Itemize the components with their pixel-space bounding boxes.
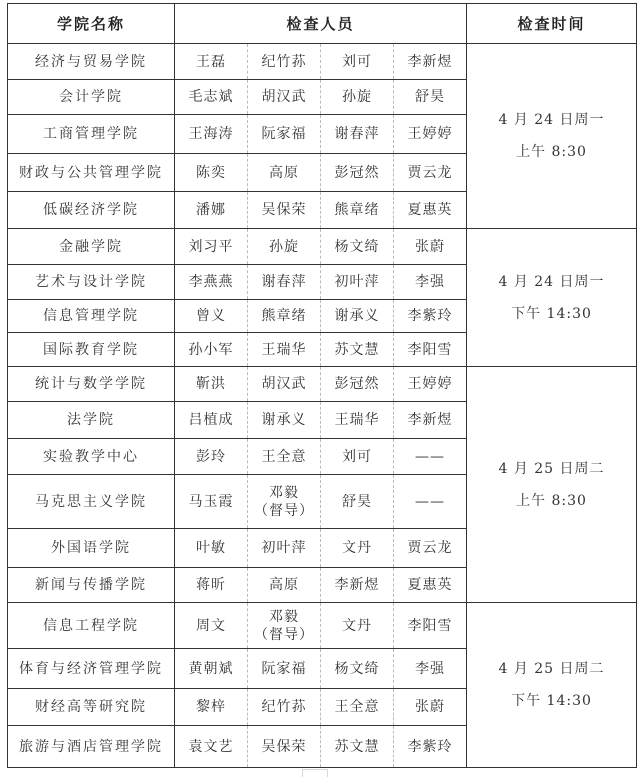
inspector: 初叶萍 [248,529,321,568]
time-date: 4 月 25 日周二 [467,453,636,485]
inspector: 舒昊 [394,80,467,115]
inspection-time: 4 月 25 日周二 下午 14:30 [467,603,637,768]
inspector: 李紫玲 [394,300,467,333]
inspection-schedule-table: 学院名称 检查人员 检查时间 经济与贸易学院 王磊 纪竹荪 刘可 李新煜 4 月… [7,3,637,768]
inspector: 彭冠然 [321,367,394,402]
inspector: 李强 [394,649,467,689]
inspector: 贾云龙 [394,529,467,568]
inspector: 苏文慧 [321,333,394,367]
inspector: 潘娜 [175,192,248,229]
inspector: 叶敏 [175,529,248,568]
table-row: 金融学院 刘习平 孙旋 杨文绮 张蔚 4 月 24 日周一 下午 14:30 [8,229,637,265]
college-name: 国际教育学院 [8,333,175,367]
time-hour: 下午 14:30 [467,685,636,717]
inspector: 贾云龙 [394,154,467,192]
supervisor-note: （督导） [248,626,320,644]
inspector: 李强 [394,265,467,300]
inspector: 张蔚 [394,689,467,726]
inspector: 王婷婷 [394,115,467,154]
inspector: 纪竹荪 [248,44,321,80]
inspector: 纪竹荪 [248,689,321,726]
inspector: 苏文慧 [321,726,394,768]
college-name: 旅游与酒店管理学院 [8,726,175,768]
inspector: 初叶萍 [321,265,394,300]
college-name: 体育与经济管理学院 [8,649,175,689]
inspector: 王全意 [321,689,394,726]
college-name: 会计学院 [8,80,175,115]
inspector: 胡汉武 [248,367,321,402]
inspector: 王婷婷 [394,367,467,402]
college-name: 工商管理学院 [8,115,175,154]
college-name: 艺术与设计学院 [8,265,175,300]
inspection-time: 4 月 25 日周二 上午 8:30 [467,367,637,603]
table-row: 经济与贸易学院 王磊 纪竹荪 刘可 李新煜 4 月 24 日周一 上午 8:30 [8,44,637,80]
college-name: 信息工程学院 [8,603,175,649]
college-name: 财政与公共管理学院 [8,154,175,192]
inspector: —— [394,475,467,529]
inspector: 靳洪 [175,367,248,402]
inspector: 高原 [248,154,321,192]
inspector-with-note: 邓毅 （督导） [248,475,321,529]
header-inspectors: 检查人员 [175,4,467,44]
inspector: 黎梓 [175,689,248,726]
inspector: 周文 [175,603,248,649]
inspector: 王瑞华 [321,402,394,439]
college-name: 马克思主义学院 [8,475,175,529]
inspector: 刘可 [321,439,394,475]
inspector-with-note: 邓毅 （督导） [248,603,321,649]
inspector: 李阳雪 [394,603,467,649]
inspector: 谢春萍 [321,115,394,154]
inspection-time: 4 月 24 日周一 上午 8:30 [467,44,637,229]
table-row: 信息工程学院 周文 邓毅 （督导） 文丹 李阳雪 4 月 25 日周二 下午 1… [8,603,637,649]
inspector: 阮家福 [248,649,321,689]
inspector: 孙旋 [321,80,394,115]
inspector: 陈奕 [175,154,248,192]
inspector: 李新煜 [394,402,467,439]
inspector: 舒昊 [321,475,394,529]
inspector: 毛志斌 [175,80,248,115]
header-time: 检查时间 [467,4,637,44]
inspector: 熊章绪 [248,300,321,333]
inspector: —— [394,439,467,475]
time-hour: 上午 8:30 [467,136,636,168]
inspector: 阮家福 [248,115,321,154]
inspector: 胡汉武 [248,80,321,115]
inspector: 李新煜 [394,44,467,80]
inspector: 高原 [248,568,321,603]
inspector: 蒋昕 [175,568,248,603]
college-name: 外国语学院 [8,529,175,568]
college-name: 法学院 [8,402,175,439]
inspector: 王全意 [248,439,321,475]
inspector: 吕植成 [175,402,248,439]
inspector: 袁文艺 [175,726,248,768]
time-hour: 下午 14:30 [467,298,636,330]
inspector: 谢春萍 [248,265,321,300]
inspector-name: 邓毅 [248,484,320,502]
table-row: 统计与数学学院 靳洪 胡汉武 彭冠然 王婷婷 4 月 25 日周二 上午 8:3… [8,367,637,402]
inspector: 李阳雪 [394,333,467,367]
time-date: 4 月 24 日周一 [467,104,636,136]
college-name: 低碳经济学院 [8,192,175,229]
time-hour: 上午 8:30 [467,485,636,517]
inspector: 杨文绮 [321,229,394,265]
inspector: 吴保荣 [248,726,321,768]
inspector: 夏惠英 [394,192,467,229]
inspector: 李新煜 [321,568,394,603]
college-name: 新闻与传播学院 [8,568,175,603]
inspector: 曾义 [175,300,248,333]
time-date: 4 月 24 日周一 [467,266,636,298]
inspector: 李燕燕 [175,265,248,300]
inspector: 孙旋 [248,229,321,265]
inspector: 刘可 [321,44,394,80]
college-name: 经济与贸易学院 [8,44,175,80]
supervisor-note: （督导） [248,502,320,520]
inspector: 王海涛 [175,115,248,154]
inspector: 刘习平 [175,229,248,265]
header-row: 学院名称 检查人员 检查时间 [8,4,637,44]
inspector: 吴保荣 [248,192,321,229]
time-date: 4 月 25 日周二 [467,653,636,685]
inspector: 李紫玲 [394,726,467,768]
inspector: 彭玲 [175,439,248,475]
inspector-name: 邓毅 [248,608,320,626]
inspection-time: 4 月 24 日周一 下午 14:30 [467,229,637,367]
inspector: 黄朝斌 [175,649,248,689]
inspector: 杨文绮 [321,649,394,689]
inspector: 彭冠然 [321,154,394,192]
inspector: 谢承义 [248,402,321,439]
college-name: 财经高等研究院 [8,689,175,726]
page-edge-marker [302,769,328,777]
college-name: 实验教学中心 [8,439,175,475]
inspector: 王瑞华 [248,333,321,367]
inspector: 熊章绪 [321,192,394,229]
header-college: 学院名称 [8,4,175,44]
inspector: 王磊 [175,44,248,80]
college-name: 金融学院 [8,229,175,265]
college-name: 统计与数学学院 [8,367,175,402]
inspector: 文丹 [321,529,394,568]
inspector: 孙小军 [175,333,248,367]
inspector: 夏惠英 [394,568,467,603]
inspector: 马玉霞 [175,475,248,529]
college-name: 信息管理学院 [8,300,175,333]
inspector: 张蔚 [394,229,467,265]
inspector: 文丹 [321,603,394,649]
inspector: 谢承义 [321,300,394,333]
